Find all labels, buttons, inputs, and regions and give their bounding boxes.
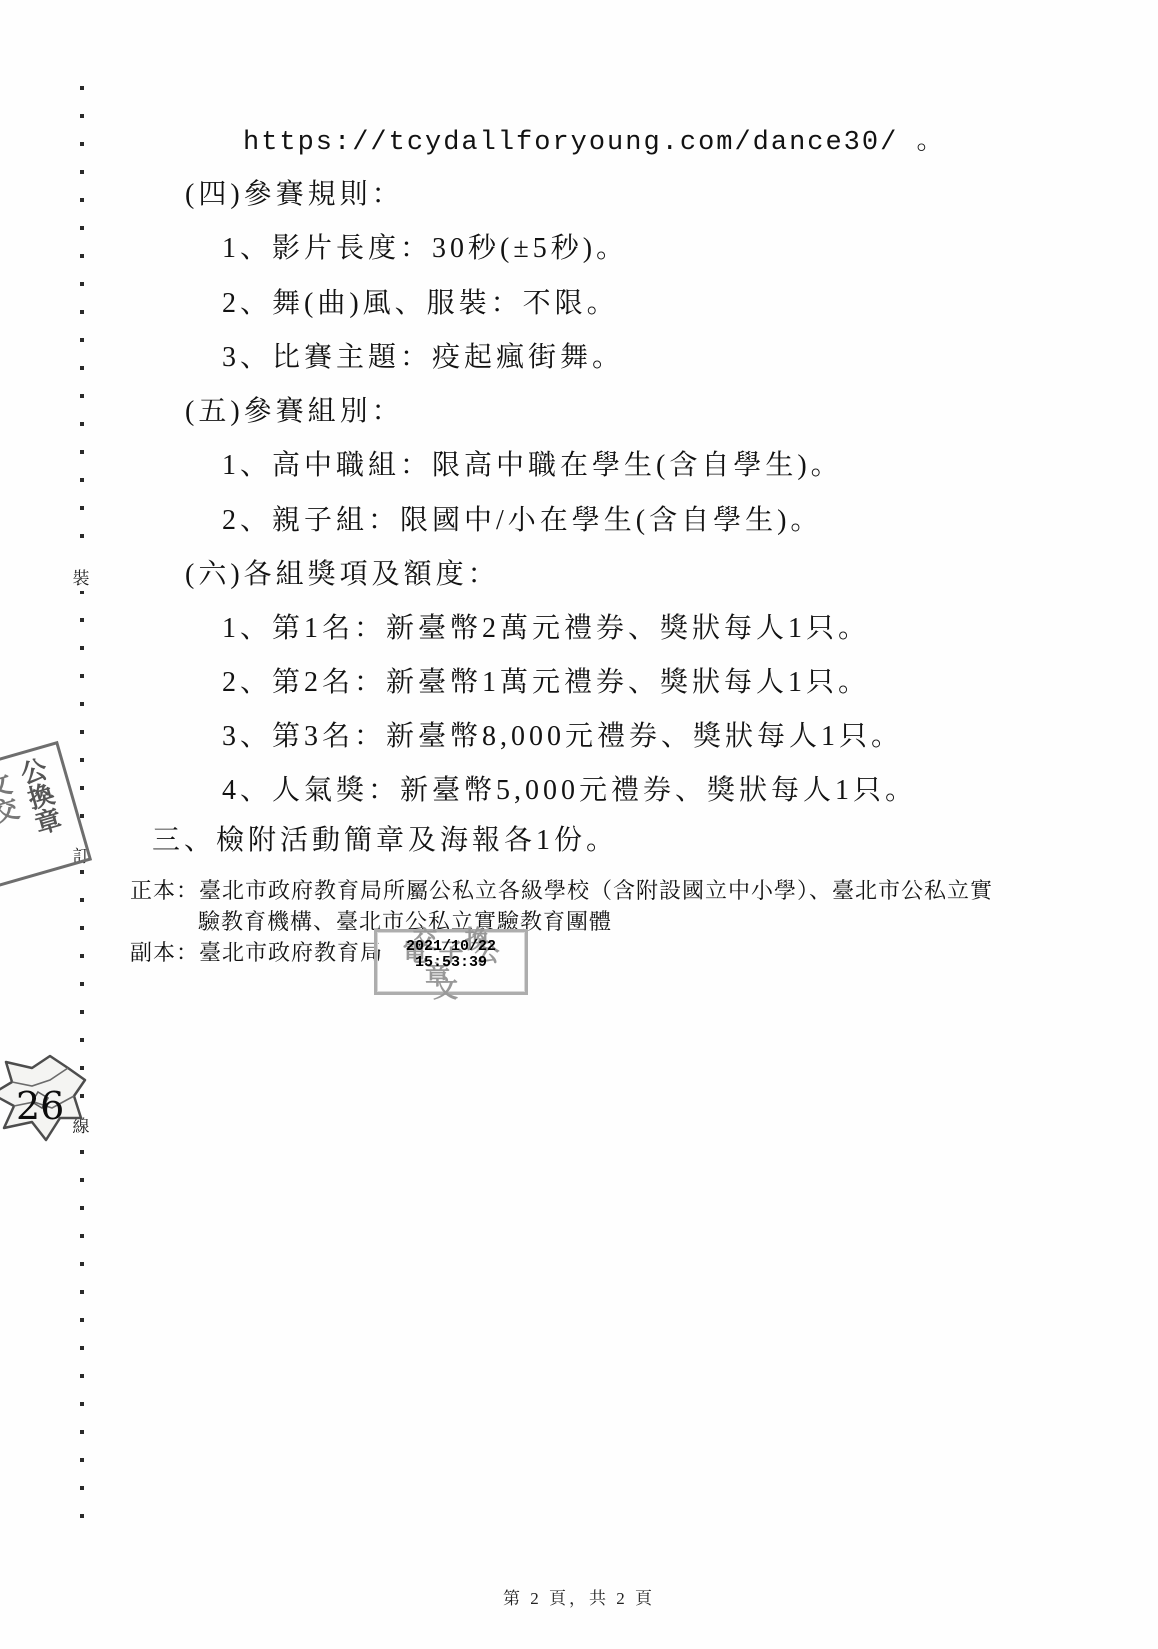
footer-page-indicator: 第 2 頁，共 2 頁 [0, 1584, 1158, 1609]
list-item: 3、比賽主題：疫起瘋街舞。 [222, 341, 624, 375]
stamp-datetime: 2021/10/22 15:53:39 [377, 939, 525, 971]
list-item: 4、人氣獎：新臺幣5,000元禮券、獎狀每人1只。 [222, 774, 917, 808]
list-item: 2、第2名：新臺幣1萬元禮券、獎狀每人1只。 [222, 666, 870, 700]
document-page: 裝 訂 線 https://tcydallforyoung.com/dance3… [0, 0, 1158, 1649]
url-line: https://tcydallforyoung.com/dance30/ 。 [243, 126, 946, 160]
recipient-copy-line: 副本：臺北市政府教育局 [130, 938, 383, 968]
electronic-exchange-stamp: 電子公文 交換章 2021/10/22 15:53:39 [374, 929, 528, 995]
attachment-line: 三、檢附活動簡章及海報各1份。 [152, 824, 618, 858]
stamp-time: 15:53:39 [377, 955, 525, 971]
left-partial-exchange-stamp: 公換章 文交 [0, 741, 92, 903]
list-item: 2、親子組：限國中/小在學生(含自學生)。 [222, 504, 822, 538]
list-item: 2、舞(曲)風、服裝：不限。 [222, 287, 619, 321]
list-item: 1、影片長度：30秒(±5秒)。 [222, 232, 628, 266]
section-5-heading: (五)參賽組別： [185, 395, 404, 429]
list-item: 3、第3名：新臺幣8,000元禮券、獎狀每人1只。 [222, 720, 903, 754]
binding-mark-zhuang: 裝 [68, 562, 94, 591]
binding-dotted-line [80, 86, 84, 1524]
stamp-date: 2021/10/22 [377, 939, 525, 955]
list-item: 1、第1名：新臺幣2萬元禮券、獎狀每人1只。 [222, 612, 870, 646]
left-stamp-column-1: 公換章 [11, 754, 65, 838]
section-6-heading: (六)各組獎項及額度： [185, 558, 500, 592]
section-4-heading: (四)參賽規則： [185, 178, 404, 212]
recipient-original-line1: 正本：臺北市政府教育局所屬公私立各級學校（含附設國立中小學）、臺北市公私立實 [130, 876, 993, 906]
page-stamp-number: 26 [16, 1084, 64, 1128]
list-item: 1、高中職組：限高中職在學生(含自學生)。 [222, 449, 843, 483]
